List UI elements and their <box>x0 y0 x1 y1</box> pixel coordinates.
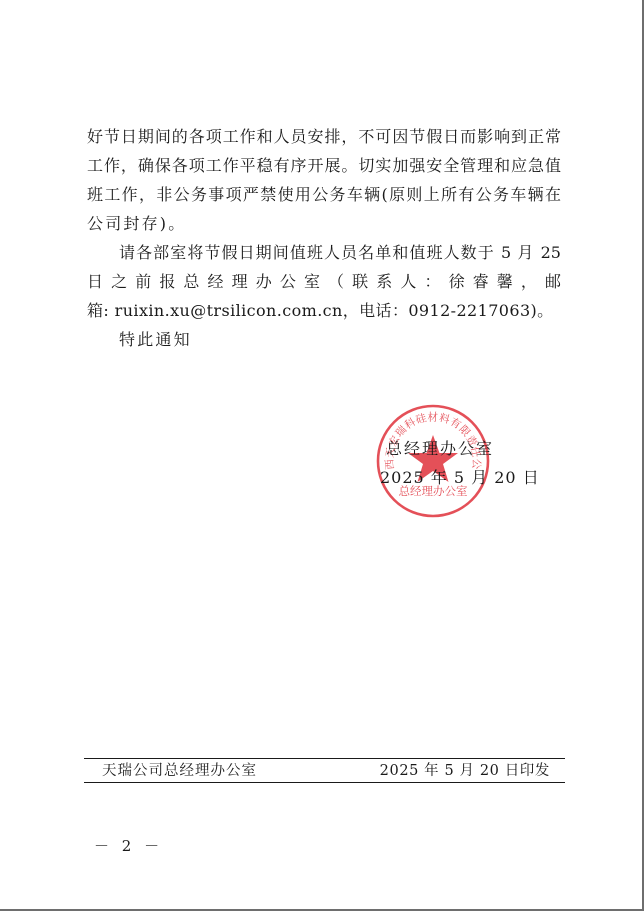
signature-office: 总经理办公室 <box>380 434 540 463</box>
footer-issue-date: 2025 年 5 月 20 日印发 <box>380 761 550 781</box>
footer-top-rule <box>84 758 565 759</box>
footer-bottom-rule <box>84 782 565 783</box>
body-line-3: 班工作，非公务事项严禁使用公务车辆(原则上所有公务车辆在 <box>87 180 561 209</box>
body-line-2: 工作，确保各项工作平稳有序开展。切实加强安全管理和应急值 <box>87 151 561 180</box>
body-line-7: 箱: ruixin.xu@trsilicon.com.cn，电话：0912-22… <box>87 296 561 325</box>
footer-issuer: 天瑞公司总经理办公室 <box>102 761 257 781</box>
body-line-1: 好节日期间的各项工作和人员安排，不可因节假日而影响到正常 <box>87 122 561 151</box>
body-line-5: 请各部室将节假日期间值班人员名单和值班人数于 5 月 25 <box>87 238 561 267</box>
document-page: 好节日期间的各项工作和人员安排，不可因节假日而影响到正常 工作，确保各项工作平稳… <box>0 0 644 911</box>
body-line-4: 公司封存)。 <box>87 209 561 238</box>
body-text: 好节日期间的各项工作和人员安排，不可因节假日而影响到正常 工作，确保各项工作平稳… <box>87 122 561 354</box>
body-line-8: 特此通知 <box>87 325 561 354</box>
page-number: － 2 － <box>94 836 163 856</box>
signature-block: 总经理办公室 2025 年 5 月 20 日 <box>380 434 540 492</box>
signature-date: 2025 年 5 月 20 日 <box>380 463 540 492</box>
body-line-6: 日之前报总经理办公室（联系人：徐睿馨，邮 <box>87 267 561 296</box>
